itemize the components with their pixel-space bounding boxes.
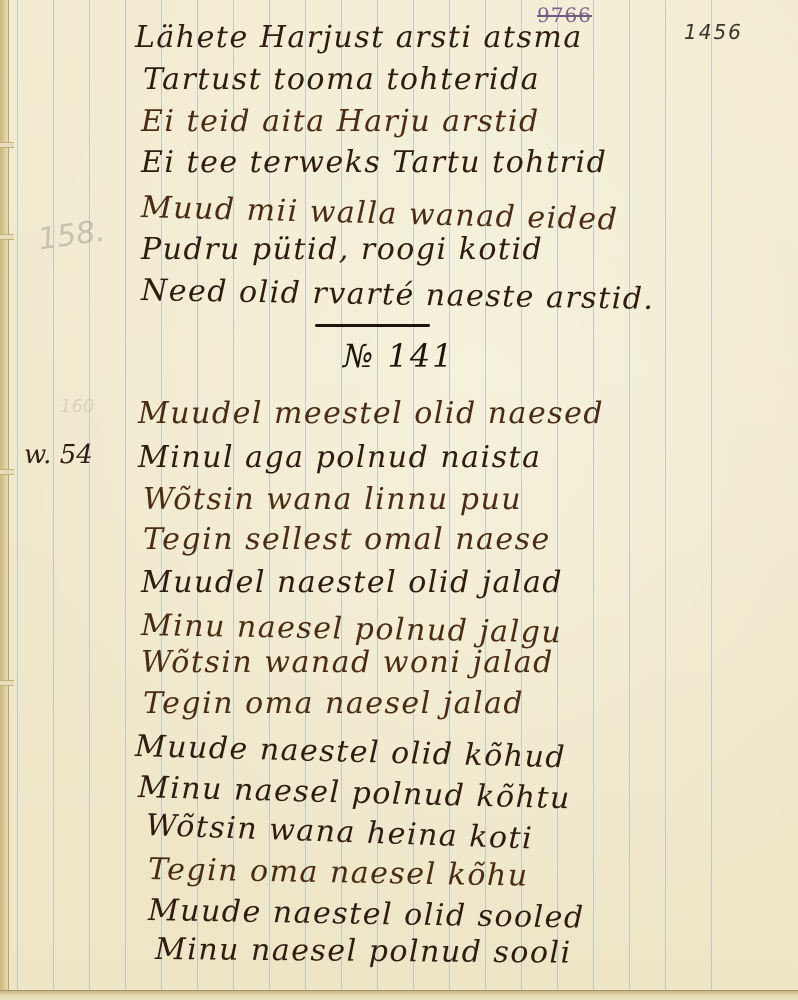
ruled-line xyxy=(89,0,90,990)
verse-line: Muudel meestel olid naesed xyxy=(138,396,604,431)
section-divider xyxy=(315,324,430,327)
verse-line: Tegin oma naesel jalad xyxy=(143,686,524,721)
verse-line: Need olid rvarté naeste arstid. xyxy=(141,273,655,317)
section-heading: № 141 xyxy=(343,337,455,375)
margin-ink-reference: w. 54 xyxy=(24,440,93,470)
verse-line: Tartust tooma tohterida xyxy=(143,62,540,97)
verse-line: Ei tee terweks Tartu tohtrid xyxy=(141,145,607,180)
verse-line: Wõtsin wana linnu puu xyxy=(143,482,522,517)
binding-stitch xyxy=(0,469,14,475)
verse-line: Lähete Harjust arsti atsma xyxy=(135,20,583,55)
page-bottom-edge xyxy=(0,990,798,1000)
verse-line: Minul aga polnud naista xyxy=(138,440,541,475)
verse-line: Muud mii walla wanad eided xyxy=(141,190,619,237)
margin-pencil-note: 160 xyxy=(60,396,94,417)
ruled-line xyxy=(711,0,712,990)
verse-line: Pudru pütid, roogi kotid xyxy=(141,232,543,267)
binding-stitch xyxy=(0,234,14,240)
verse-line: Muudel naestel olid jalad xyxy=(141,565,563,600)
ruled-line xyxy=(665,0,666,990)
margin-pencil-note: 158. xyxy=(36,214,107,258)
ruled-line xyxy=(629,0,630,990)
verse-line: Wõtsin wana heina koti xyxy=(145,808,533,856)
verse-line: Tegin oma naesel kõhu xyxy=(148,852,529,894)
verse-line: Ei teid aita Harju arstid xyxy=(141,104,540,139)
verse-line: Tegin sellest omal naese xyxy=(143,522,551,557)
verse-line: Minu naesel polnud jalgu xyxy=(141,608,563,650)
verse-line: Muude naestel olid kõhud xyxy=(135,729,567,775)
ruled-line xyxy=(125,0,126,990)
binding-stitch xyxy=(0,142,14,148)
page-number: 1456 xyxy=(684,20,743,44)
ruled-line xyxy=(17,0,18,990)
verse-line: Wõtsin wanad woni jalad xyxy=(141,645,554,680)
verse-line: Minu naesel polnud sooli xyxy=(155,932,572,971)
verse-line: Muude naestel olid sooled xyxy=(148,893,585,936)
binding-stitch xyxy=(0,680,14,686)
page-binding xyxy=(0,0,9,1000)
manuscript-page: 9766 1456 158. 160 w. 54 Lähete Harjust … xyxy=(0,0,798,1000)
ruled-line xyxy=(53,0,54,990)
